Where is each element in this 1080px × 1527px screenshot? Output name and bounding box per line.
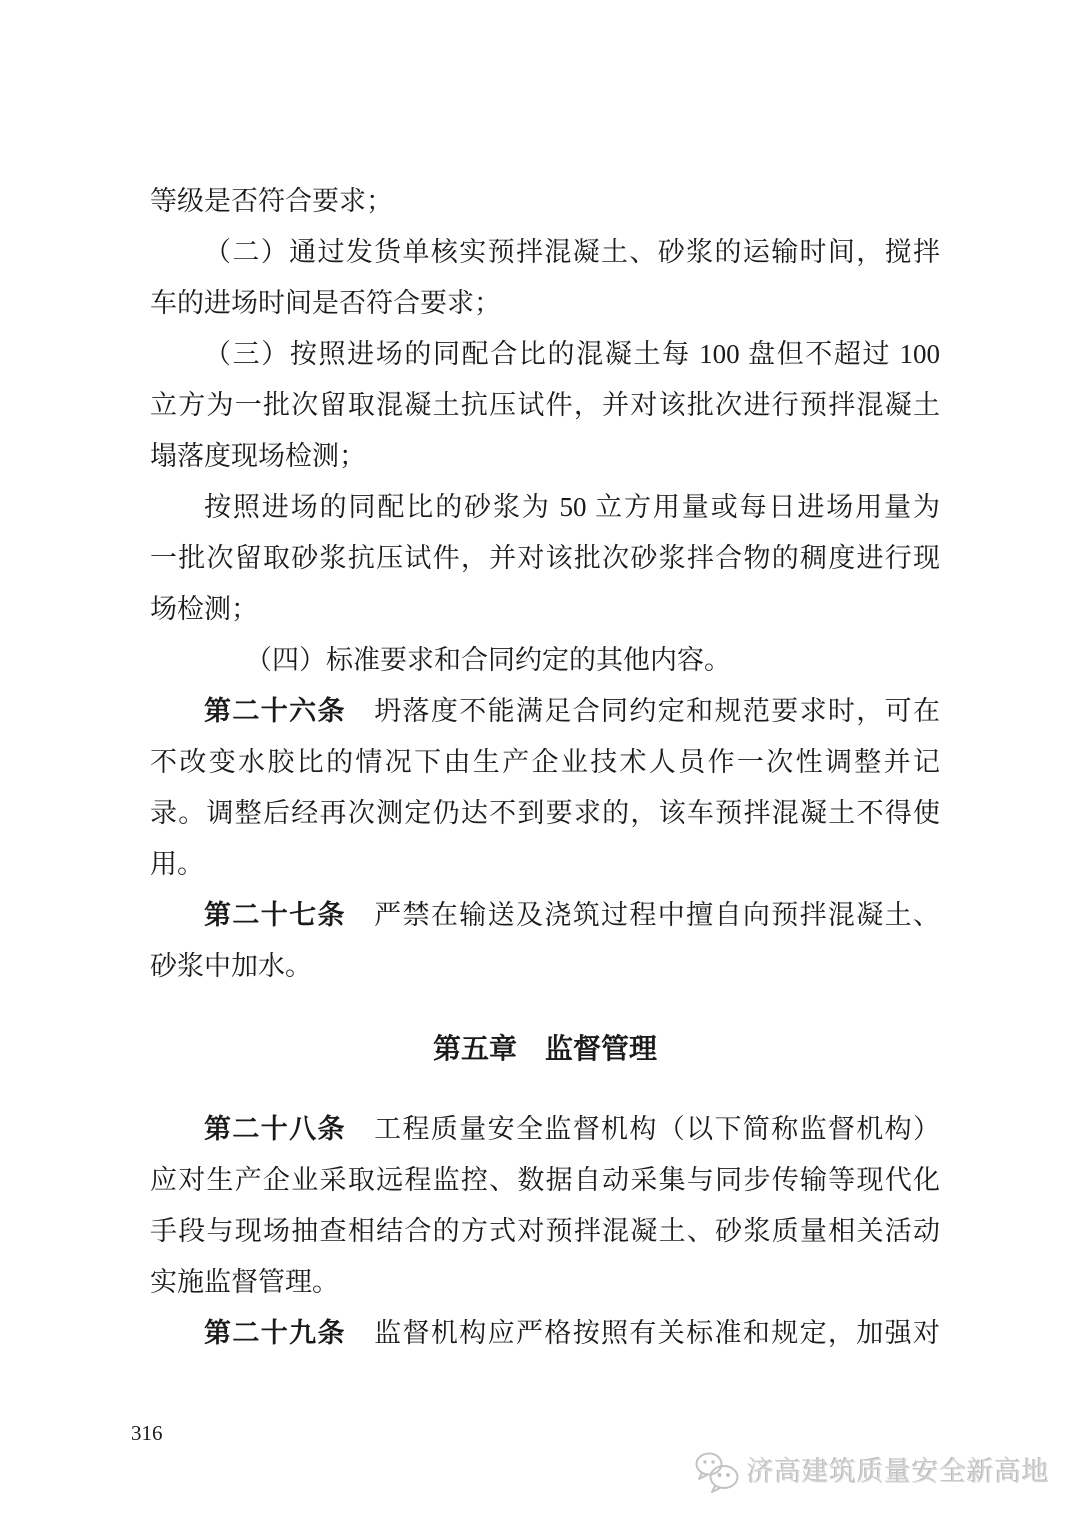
text-segment: 按照进场的同配比的砂浆为 50 立方用量或每日进场用量为 <box>204 492 940 522</box>
document-page: 等级是否符合要求；（二）通过发货单核实预拌混凝土、砂浆的运输时间，搅拌车的进场时… <box>0 0 1080 1527</box>
text-line: （三）按照进场的同配合比的混凝土每 100 盘但不超过 100 <box>150 329 940 380</box>
watermark: 济高建筑质量安全新高地 <box>694 1450 1050 1494</box>
text-segment: 砂浆中加水。 <box>150 951 312 981</box>
text-segment: 监督机构应严格按照有关标准和规定，加强对 <box>346 1318 940 1348</box>
text-line: 场检测； <box>150 584 940 635</box>
text-segment: 坍落度不能满足合同约定和规范要求时，可在 <box>346 696 940 726</box>
text-line: 第二十六条 坍落度不能满足合同约定和规范要求时，可在 <box>150 686 940 737</box>
text-line: 用。 <box>150 839 940 890</box>
text-segment: 严禁在输送及浇筑过程中擅自向预拌混凝土、 <box>346 900 940 930</box>
text-segment: （四）标准要求和合同约定的其他内容。 <box>245 645 731 675</box>
text-line: （二）通过发货单核实预拌混凝土、砂浆的运输时间，搅拌 <box>150 227 940 278</box>
text-line: 第二十八条 工程质量安全监督机构（以下简称监督机构） <box>150 1104 940 1155</box>
text-segment: 塌落度现场检测； <box>150 441 366 471</box>
text-segment: 第二十六条 <box>204 696 346 726</box>
text-segment: 场检测； <box>150 594 258 624</box>
text-segment: 第五章 监督管理 <box>433 1034 657 1065</box>
text-line: 录。调整后经再次测定仍达不到要求的，该车预拌混凝土不得使 <box>150 788 940 839</box>
text-segment: 第二十九条 <box>204 1318 346 1348</box>
text-segment: 第二十八条 <box>204 1114 346 1144</box>
text-segment: 实施监督管理。 <box>150 1267 339 1297</box>
text-line: 砂浆中加水。 <box>150 941 940 992</box>
text-line: 实施监督管理。 <box>150 1257 940 1308</box>
text-segment: （三）按照进场的同配合比的混凝土每 100 盘但不超过 100 <box>204 339 940 369</box>
chapter-heading: 第五章 监督管理 <box>150 1024 940 1075</box>
text-line: 车的进场时间是否符合要求； <box>150 278 940 329</box>
text-line: 立方为一批次留取混凝土抗压试件，并对该批次进行预拌混凝土 <box>150 380 940 431</box>
text-line: 等级是否符合要求； <box>150 176 940 227</box>
text-line: 应对生产企业采取远程监控、数据自动采集与同步传输等现代化 <box>150 1155 940 1206</box>
text-segment: 等级是否符合要求； <box>150 186 393 216</box>
text-line: （四）标准要求和合同约定的其他内容。 <box>150 635 940 686</box>
text-segment: 不改变水胶比的情况下由生产企业技术人员作一次性调整并记 <box>150 747 940 777</box>
text-segment: 立方为一批次留取混凝土抗压试件，并对该批次进行预拌混凝土 <box>150 390 940 420</box>
text-line: 塌落度现场检测； <box>150 431 940 482</box>
page-number: 316 <box>131 1420 163 1446</box>
text-line: 第二十七条 严禁在输送及浇筑过程中擅自向预拌混凝土、 <box>150 890 940 941</box>
document-body: 等级是否符合要求；（二）通过发货单核实预拌混凝土、砂浆的运输时间，搅拌车的进场时… <box>150 0 940 1359</box>
text-segment: 一批次留取砂浆抗压试件，并对该批次砂浆拌合物的稠度进行现 <box>150 543 940 573</box>
wechat-icon <box>694 1450 740 1494</box>
text-segment: 第二十七条 <box>204 900 346 930</box>
text-segment: 工程质量安全监督机构（以下简称监督机构） <box>346 1114 940 1144</box>
text-line: 手段与现场抽查相结合的方式对预拌混凝土、砂浆质量相关活动 <box>150 1206 940 1257</box>
text-segment: 录。调整后经再次测定仍达不到要求的，该车预拌混凝土不得使 <box>150 798 940 828</box>
text-line: 按照进场的同配比的砂浆为 50 立方用量或每日进场用量为 <box>150 482 940 533</box>
text-segment: 手段与现场抽查相结合的方式对预拌混凝土、砂浆质量相关活动 <box>150 1216 940 1246</box>
text-line: 一批次留取砂浆抗压试件，并对该批次砂浆拌合物的稠度进行现 <box>150 533 940 584</box>
watermark-text: 济高建筑质量安全新高地 <box>747 1452 1050 1492</box>
text-segment: 车的进场时间是否符合要求； <box>150 288 501 318</box>
text-segment: （二）通过发货单核实预拌混凝土、砂浆的运输时间，搅拌 <box>204 237 940 267</box>
text-line: 第二十九条 监督机构应严格按照有关标准和规定，加强对 <box>150 1308 940 1359</box>
text-segment: 应对生产企业采取远程监控、数据自动采集与同步传输等现代化 <box>150 1165 940 1195</box>
text-segment: 用。 <box>150 849 204 879</box>
text-line: 不改变水胶比的情况下由生产企业技术人员作一次性调整并记 <box>150 737 940 788</box>
